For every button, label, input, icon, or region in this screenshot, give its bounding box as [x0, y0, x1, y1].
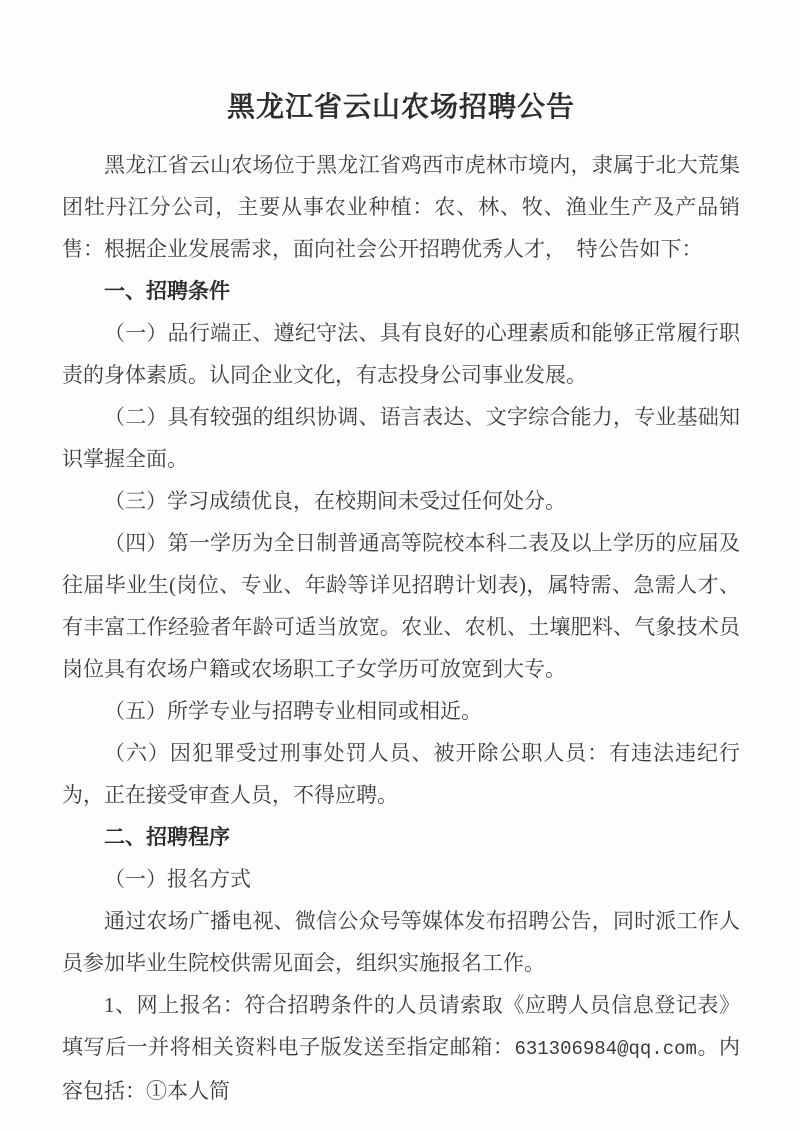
condition-item-1: （一）品行端正、遵纪守法、具有良好的心理素质和能够正常履行职责的身体素质。认同企…	[62, 312, 740, 396]
condition-item-2: （二）具有较强的组织协调、语言表达、文字综合能力，专业基础知识掌握全面。	[62, 396, 740, 480]
document-page: 黑龙江省云山农场招聘公告 黑龙江省云山农场位于黑龙江省鸡西市虎林市境内，隶属于北…	[0, 0, 800, 1132]
online-registration-paragraph: 1、网上报名：符合招聘条件的人员请索取《应聘人员信息登记表》填写后一并将相关资料…	[62, 984, 740, 1112]
intro-paragraph: 黑龙江省云山农场位于黑龙江省鸡西市虎林市境内，隶属于北大荒集团牡丹江分公司，主要…	[62, 144, 740, 270]
condition-item-6: （六）因犯罪受过刑事处罚人员、被开除公职人员：有违法违纪行为，正在接受审查人员，…	[62, 732, 740, 816]
condition-item-3: （三）学习成绩优良，在校期间未受过任何处分。	[62, 480, 740, 522]
document-title: 黑龙江省云山农场招聘公告	[62, 88, 740, 128]
subsection-heading-registration-method: （一）报名方式	[62, 858, 740, 900]
condition-item-4: （四）第一学历为全日制普通高等院校本科二表及以上学历的应届及往届毕业生(岗位、专…	[62, 522, 740, 690]
section-heading-recruit-conditions: 一、招聘条件	[62, 270, 740, 312]
condition-item-5: （五）所学专业与招聘专业相同或相近。	[62, 690, 740, 732]
registration-publicity-paragraph: 通过农场广播电视、微信公众号等媒体发布招聘公告，同时派工作人员参加毕业生院校供需…	[62, 900, 740, 984]
registration-email-address: 631306984@qq.com	[514, 1038, 696, 1060]
section-heading-recruit-procedure: 二、招聘程序	[62, 816, 740, 858]
